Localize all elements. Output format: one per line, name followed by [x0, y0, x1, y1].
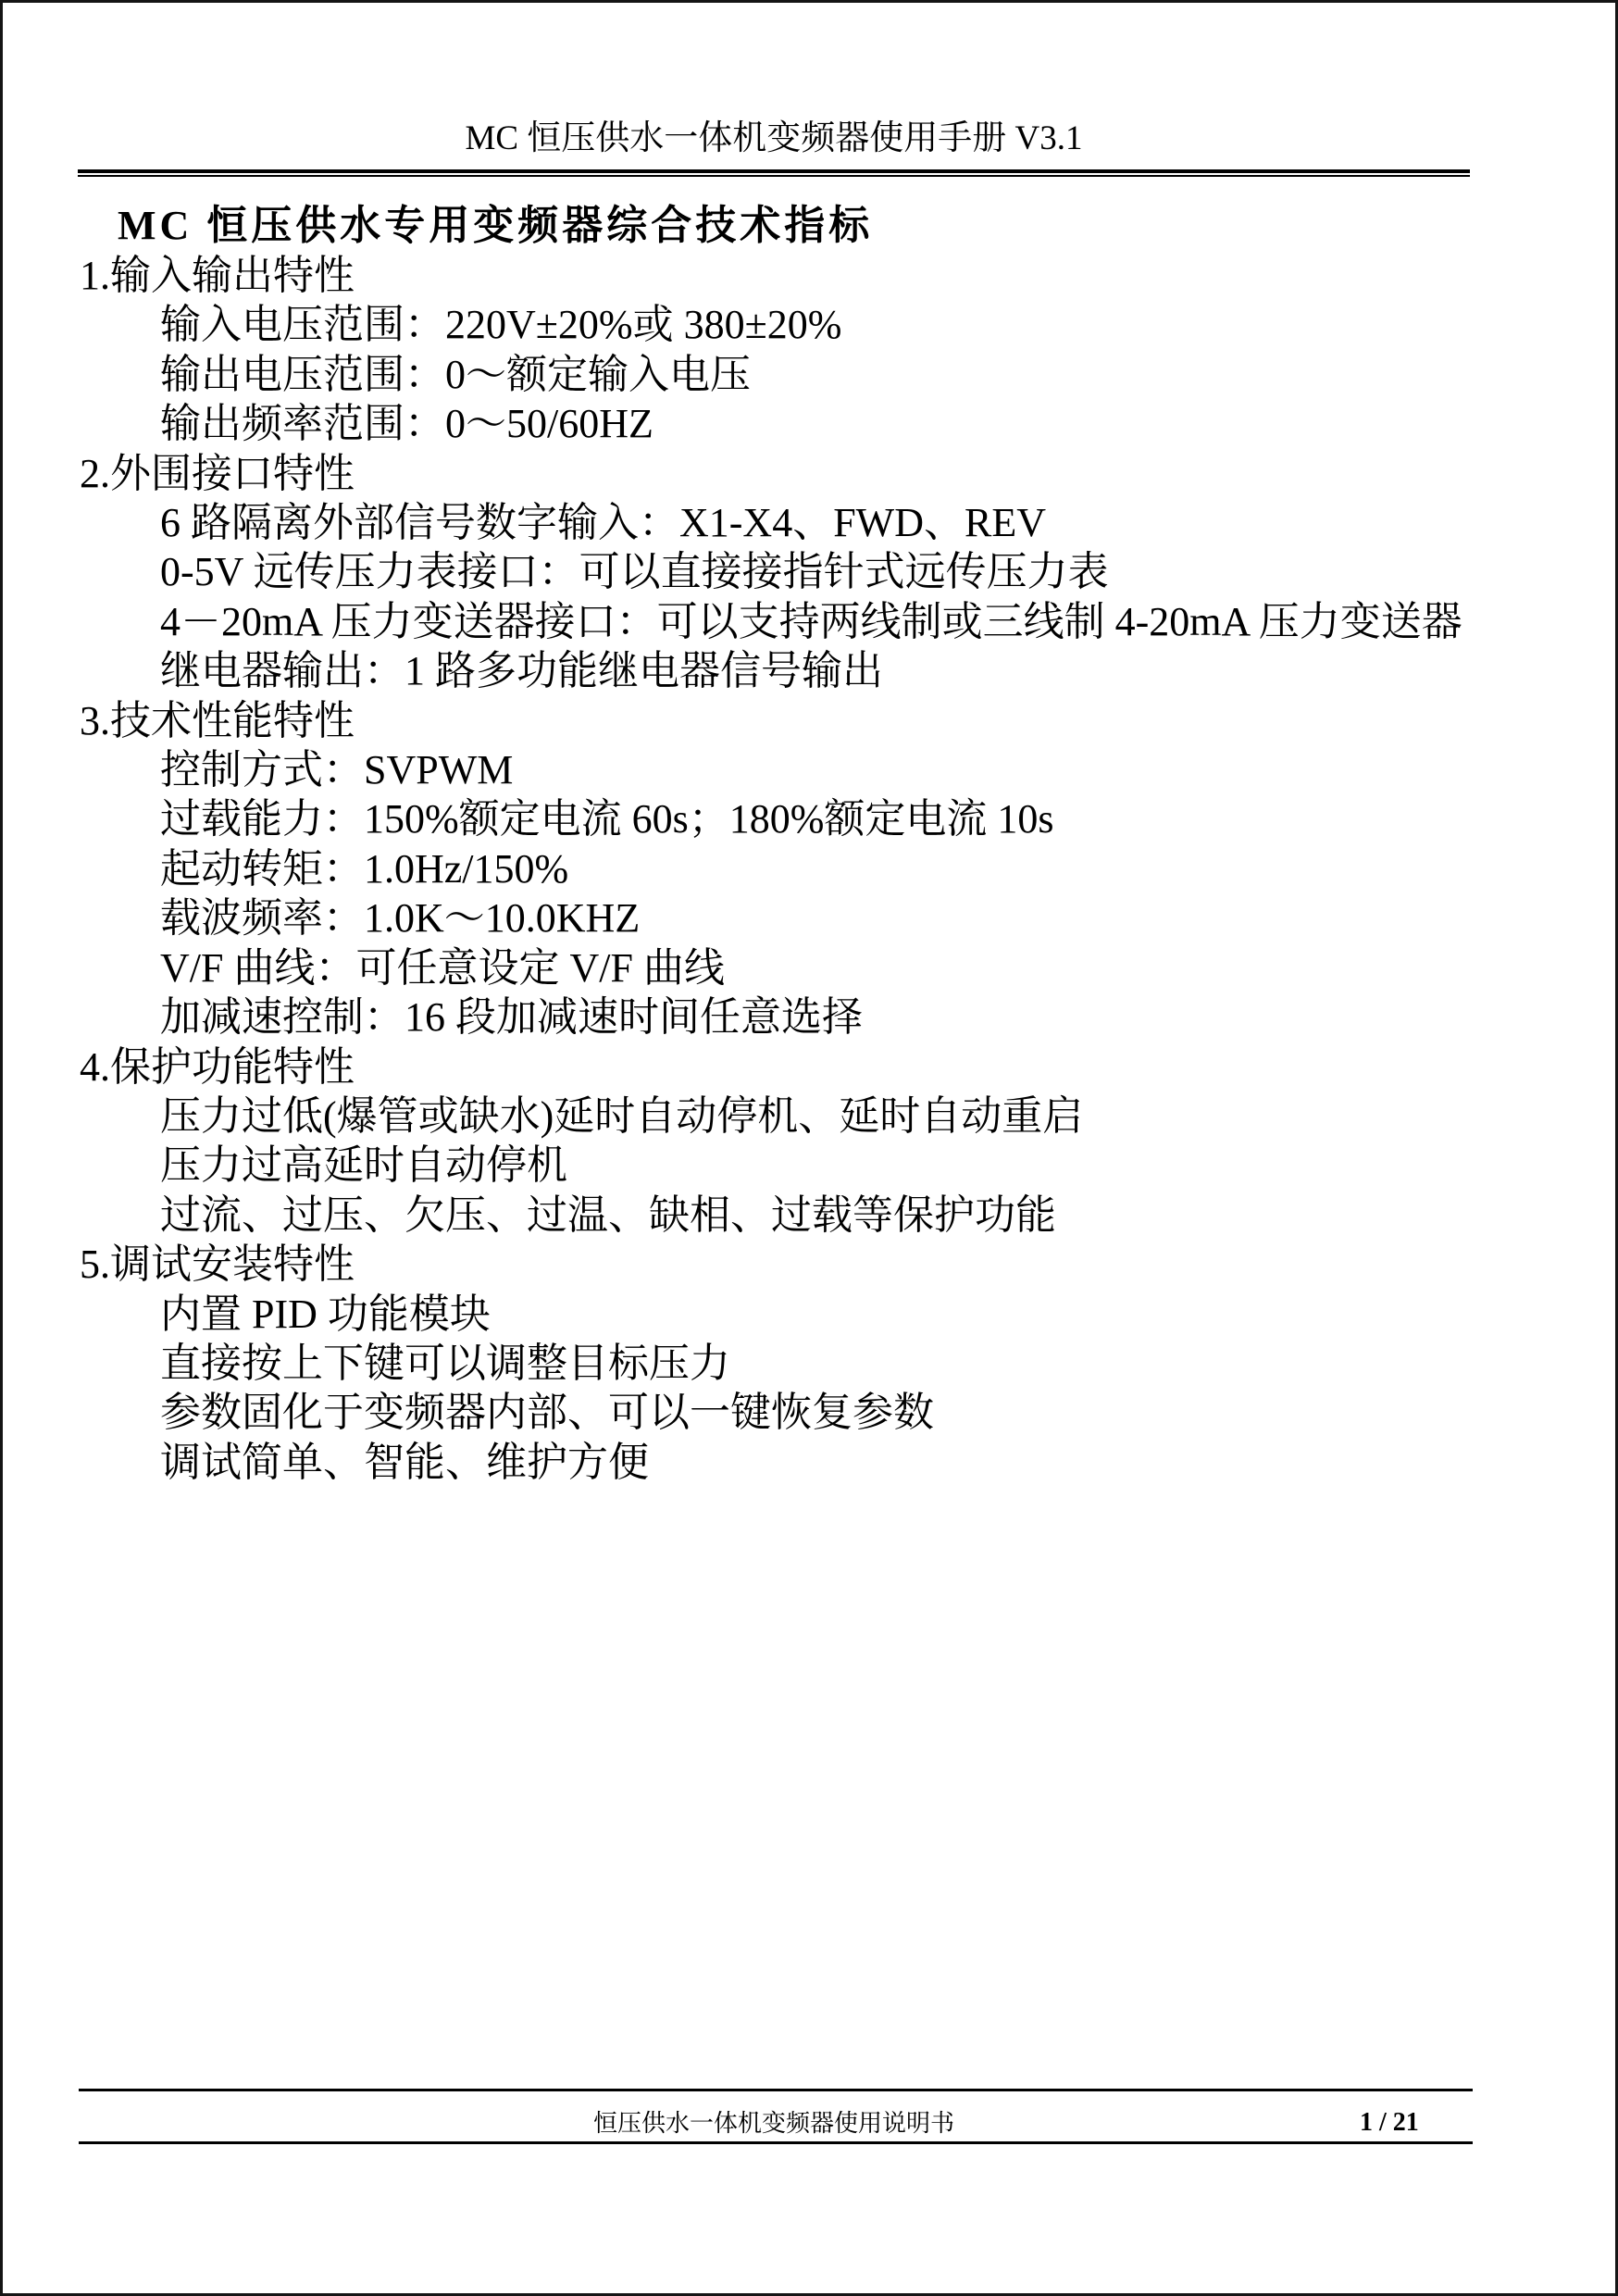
- section-performance: 3.技术性能特性 控制方式：SVPWM 过载能力：150%额定电流 60s；18…: [80, 696, 1524, 1042]
- section-heading: 4.保护功能特性: [80, 1042, 1524, 1092]
- section-io: 1.输入输出特性 输入电压范围：220V±20%或 380±20% 输出电压范围…: [80, 251, 1524, 449]
- spec-content: 1.输入输出特性 输入电压范围：220V±20%或 380±20% 输出电压范围…: [80, 251, 1524, 1487]
- spec-line: 继电器输出：1 路多功能继电器信号输出: [160, 646, 1524, 695]
- spec-line: 6 路隔离外部信号数字输入：X1-X4、FWD、REV: [160, 498, 1524, 547]
- header-rule: [78, 169, 1470, 177]
- section-heading: 5.调试安装特性: [80, 1240, 1524, 1289]
- footer-doc-name: 恒压供水一体机变频器使用说明书: [78, 2110, 1470, 2138]
- footer-rule-top: [79, 2089, 1473, 2091]
- header-title: MC 恒压供水一体机变频器使用手册 V3.1: [78, 116, 1470, 162]
- spec-line: 控制方式：SVPWM: [160, 745, 1524, 794]
- section-heading: 2.外围接口特性: [80, 449, 1524, 498]
- spec-line: 输出电压范围：0～额定输入电压: [160, 350, 1524, 399]
- section-heading: 1.输入输出特性: [80, 251, 1524, 300]
- spec-line: 输出频率范围：0～50/60HZ: [160, 399, 1524, 448]
- spec-line: 过流、过压、欠压、过温、缺相、过载等保护功能: [160, 1191, 1524, 1240]
- spec-line: 调试简单、智能、维护方便: [160, 1438, 1524, 1487]
- spec-line: 直接按上下键可以调整目标压力: [160, 1339, 1524, 1388]
- section-installation: 5.调试安装特性 内置 PID 功能模块 直接按上下键可以调整目标压力 参数固化…: [80, 1240, 1524, 1487]
- spec-line: 加减速控制：16 段加减速时间任意选择: [160, 992, 1524, 1042]
- spec-line: 起动转矩：1.0Hz/150%: [160, 844, 1524, 893]
- spec-line: 参数固化于变频器内部、可以一键恢复参数: [160, 1388, 1524, 1437]
- section-peripheral: 2.外围接口特性 6 路隔离外部信号数字输入：X1-X4、FWD、REV 0-5…: [80, 449, 1524, 696]
- spec-line: 0-5V 远传压力表接口：可以直接接指针式远传压力表: [160, 547, 1524, 596]
- spec-line: 4－20mA 压力变送器接口：可以支持两线制或三线制 4-20mA 压力变送器: [160, 597, 1524, 646]
- spec-line: 内置 PID 功能模块: [160, 1290, 1524, 1339]
- footer-rule-bottom: [79, 2141, 1473, 2144]
- section-heading: 3.技术性能特性: [80, 696, 1524, 745]
- manual-page: MC 恒压供水一体机变频器使用手册 V3.1 MC 恒压供水专用变频器综合技术指…: [0, 0, 1618, 2296]
- spec-line: 过载能力：150%额定电流 60s；180%额定电流 10s: [160, 794, 1524, 843]
- footer-page-number: 1 / 21: [1360, 2108, 1419, 2138]
- spec-line: 压力过低(爆管或缺水)延时自动停机、延时自动重启: [160, 1092, 1524, 1141]
- spec-line: 载波频率：1.0K～10.0KHZ: [160, 893, 1524, 942]
- spec-line: V/F 曲线：可任意设定 V/F 曲线: [160, 943, 1524, 992]
- section-protection: 4.保护功能特性 压力过低(爆管或缺水)延时自动停机、延时自动重启 压力过高延时…: [80, 1042, 1524, 1241]
- spec-line: 压力过高延时自动停机: [160, 1141, 1524, 1190]
- document-title: MC 恒压供水专用变频器综合技术指标: [118, 201, 873, 250]
- spec-line: 输入电压范围：220V±20%或 380±20%: [160, 300, 1524, 349]
